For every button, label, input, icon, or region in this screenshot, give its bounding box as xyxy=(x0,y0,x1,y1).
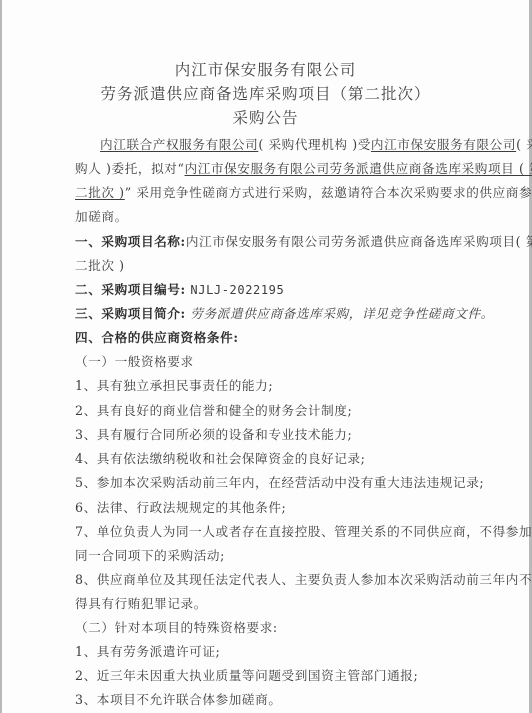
section-4-heading: 四、合格的供应商资格条件: xyxy=(75,327,239,346)
section-2: 二、采购项目编号: NJLJ-2022195 xyxy=(75,279,284,298)
intro-line-2: 购人 )委托，拟对“内江市保安服务有限公司劳务派遣供应商备选库采购项目 ( 第 xyxy=(75,158,532,177)
general-item-1: 1、具有独立承担民事责任的能力; xyxy=(75,375,273,394)
general-item-4: 4、具有依法缴纳税收和社会保障资金的良好记录; xyxy=(75,448,366,467)
general-item-7: 7、单位负责人为同一人或者存在直接控股、管理关系的不同供应商，不得参加 xyxy=(75,521,532,540)
agent-name: 内江联合产权服务有限公司 xyxy=(100,137,258,152)
general-item-2: 2、具有良好的商业信誉和健全的财务会计制度; xyxy=(75,400,352,419)
section-1-cont: 二批次 ) xyxy=(75,255,125,274)
company-title: 内江市保安服务有限公司 xyxy=(2,58,529,80)
intro-line-1: 内江联合产权服务有限公司( 采购代理机构 )受内江市保安服务有限公司( 采 xyxy=(100,134,532,153)
general-item-5: 5、参加本次采购活动前三年内，在经营活动中没有重大违法违规记录; xyxy=(75,472,484,491)
project-title: 劳务派遣供应商备选库采购项目（第二批次） xyxy=(2,82,529,104)
announcement-title: 采购公告 xyxy=(2,106,529,128)
general-requirements-heading: （一）一般资格要求 xyxy=(75,351,194,370)
general-item-8: 8、供应商单位及其现任法定代表人、主要负责人参加本次采购活动前三年内不 xyxy=(75,569,532,588)
special-item-1: 1、具有劳务派遣许可证; xyxy=(75,641,220,660)
purchaser-name: 内江市保安服务有限公司 xyxy=(371,137,516,152)
intro-line-4: 加磋商。 xyxy=(75,206,128,225)
general-item-6: 6、法律、行政法规规定的其他条件; xyxy=(75,497,286,516)
special-item-3: 3、本项目不允许联合体参加磋商。 xyxy=(75,689,282,708)
section-1: 一、采购项目名称:内江市保安服务有限公司劳务派遣供应商备选库采购项目( 第 xyxy=(75,231,532,250)
general-item-7-cont: 同一合同项下的采购活动; xyxy=(75,545,225,564)
general-item-3: 3、具有履行合同所必须的设备和专业技术能力; xyxy=(75,424,352,443)
section-3: 三、采购项目简介: 劳务派遣供应商备选库采购，详见竞争性磋商文件。 xyxy=(75,303,494,322)
special-item-2: 2、近三年未因重大执业质量等问题受到国资主管部门通报; xyxy=(75,665,418,684)
intro-line-3: 二批次 )” 采用竞争性磋商方式进行采购，兹邀请符合本次采购要求的供应商参 xyxy=(75,182,532,201)
special-requirements-heading: （二）针对本项目的特殊资格要求: xyxy=(75,617,278,636)
document-page: 内江市保安服务有限公司 劳务派遣供应商备选库采购项目（第二批次） 采购公告 内江… xyxy=(2,0,529,713)
project-number: NJLJ-2022195 xyxy=(190,283,284,297)
general-item-8-cont: 得具有行贿犯罪记录。 xyxy=(75,593,207,612)
